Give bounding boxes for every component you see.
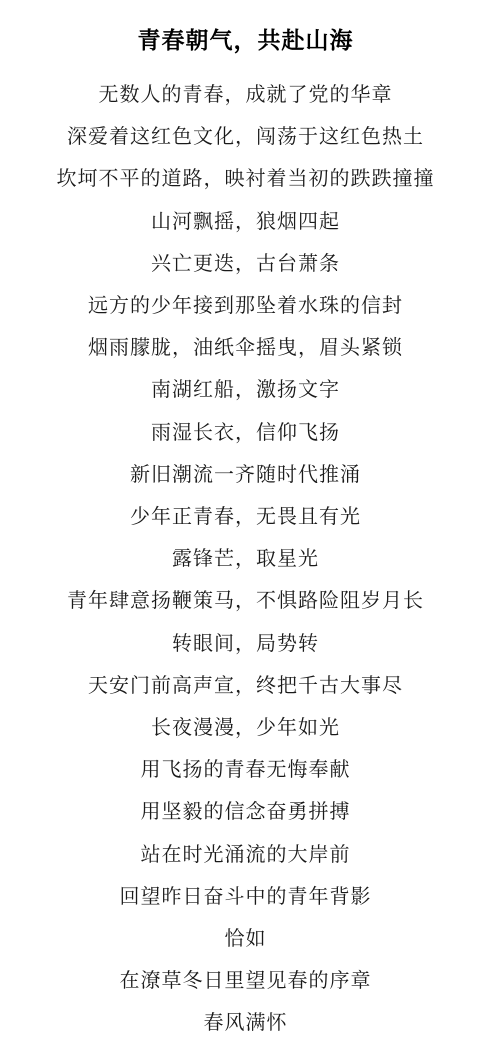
- poem-line: 坎坷不平的道路，映衬着当初的跌跌撞撞: [0, 158, 491, 200]
- poem-line: 雨湿长衣，信仰飞扬: [0, 412, 491, 454]
- document-page: 青春朝气，共赴山海 无数人的青春，成就了党的华章 深爱着这红色文化，闯荡于这红色…: [0, 0, 491, 1056]
- poem-title: 青春朝气，共赴山海: [0, 28, 491, 52]
- poem-line: 在潦草冬日里望见春的序章: [0, 960, 491, 1002]
- poem-line: 山河飘摇，狼烟四起: [0, 201, 491, 243]
- poem-line: 春风满怀: [0, 1002, 491, 1044]
- poem-line: 南湖红船，激扬文字: [0, 369, 491, 411]
- poem-line: 长夜漫漫，少年如光: [0, 707, 491, 749]
- poem-line: 烟雨朦胧，油纸伞摇曳，眉头紧锁: [0, 327, 491, 369]
- poem-line: 用飞扬的青春无悔奉献: [0, 749, 491, 791]
- poem-line: 用坚毅的信念奋勇拼搏: [0, 791, 491, 833]
- poem-line: 露锋芒，取星光: [0, 538, 491, 580]
- poem-line: 站在时光涌流的大岸前: [0, 834, 491, 876]
- poem-line: 天安门前高声宣，终把千古大事尽: [0, 665, 491, 707]
- poem-line: 兴亡更迭，古台萧条: [0, 243, 491, 285]
- poem-line: 无数人的青春，成就了党的华章: [0, 74, 491, 116]
- poem-body: 无数人的青春，成就了党的华章 深爱着这红色文化，闯荡于这红色热土 坎坷不平的道路…: [0, 74, 491, 1045]
- poem-line: 深爱着这红色文化，闯荡于这红色热土: [0, 116, 491, 158]
- poem-line: 新旧潮流一齐随时代推涌: [0, 454, 491, 496]
- poem-line: 少年正青春，无畏且有光: [0, 496, 491, 538]
- poem-line: 恰如: [0, 918, 491, 960]
- poem-line: 转眼间，局势转: [0, 623, 491, 665]
- poem-line: 远方的少年接到那坠着水珠的信封: [0, 285, 491, 327]
- poem-line: 回望昨日奋斗中的青年背影: [0, 876, 491, 918]
- poem-line: 青年肆意扬鞭策马，不惧路险阻岁月长: [0, 580, 491, 622]
